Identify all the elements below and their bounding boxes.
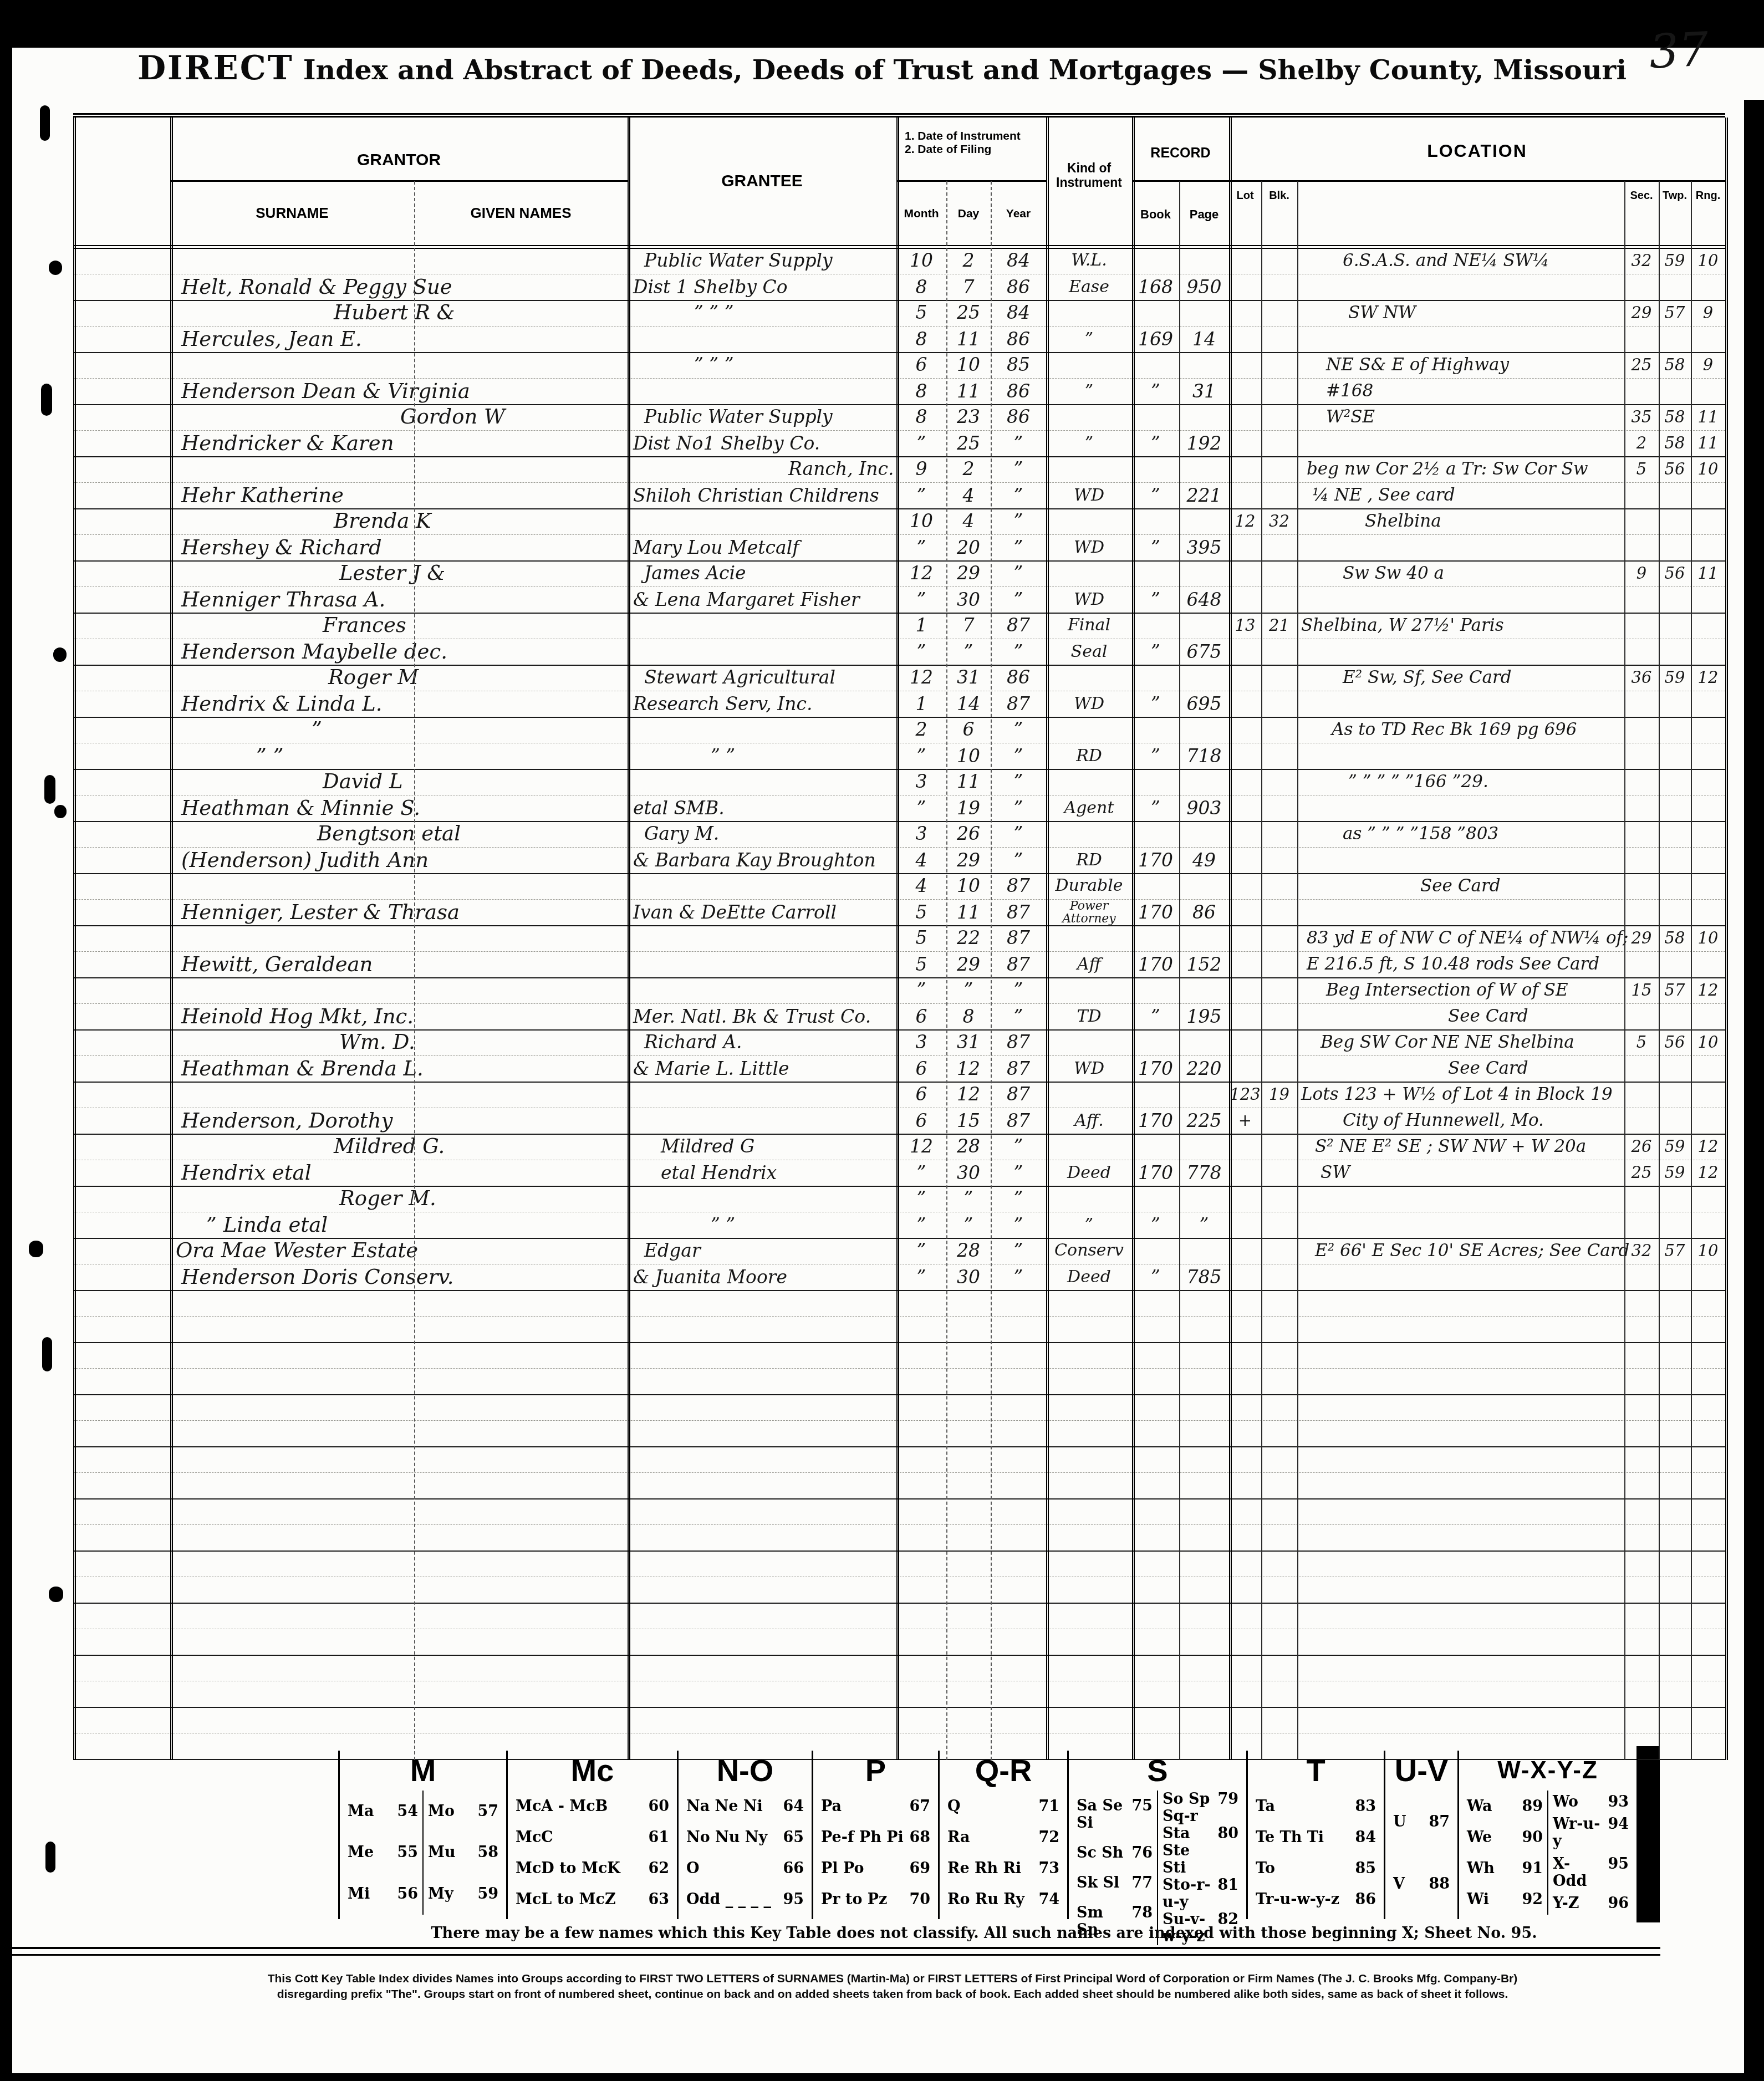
ledger-empty-row bbox=[73, 1395, 1725, 1447]
date-instrument-year: ” bbox=[991, 1186, 1046, 1211]
date-filing-month: ” bbox=[896, 795, 946, 820]
record-book: 169 bbox=[1132, 326, 1179, 351]
date-filing-month: ” bbox=[896, 743, 946, 768]
page-title: DIRECT Index and Abstract of Deeds, Deed… bbox=[0, 49, 1764, 87]
header-page: Page bbox=[1179, 207, 1229, 221]
date-instrument-year: ” bbox=[991, 560, 1046, 586]
row-midline bbox=[73, 1577, 1725, 1577]
location-sec: 5 bbox=[1624, 1029, 1659, 1055]
key-item-number: 74 bbox=[1038, 1891, 1059, 1908]
kind-of-instrument-line2: TD bbox=[1046, 1003, 1132, 1029]
date-filing-month: ” bbox=[896, 482, 946, 508]
location-rng: 11 bbox=[1691, 560, 1725, 586]
key-item-letters: Wr-u-y bbox=[1553, 1815, 1602, 1850]
date-instrument-year: ” bbox=[991, 508, 1046, 534]
row-midline bbox=[73, 1524, 1725, 1525]
date-filing-day: 30 bbox=[946, 586, 991, 612]
location-rng: 9 bbox=[1691, 352, 1725, 378]
date-filing-day: 11 bbox=[946, 378, 991, 404]
key-item-letters: Na Ne Ni bbox=[686, 1798, 763, 1815]
key-item: V88 bbox=[1393, 1875, 1450, 1893]
date-filing-day: 14 bbox=[946, 691, 991, 716]
key-column: Mo57Mu58My59 bbox=[422, 1791, 503, 1915]
date-filing-year: 87 bbox=[991, 899, 1046, 925]
record-page: 903 bbox=[1179, 795, 1229, 820]
key-item-number: 79 bbox=[1217, 1791, 1238, 1825]
date-filing-day: 7 bbox=[946, 274, 991, 299]
date-filing-month: ” bbox=[896, 534, 946, 560]
date-instrument-day: 25 bbox=[946, 300, 991, 325]
kind-of-instrument-line2: WD bbox=[1046, 1055, 1132, 1081]
key-item-number: 67 bbox=[909, 1798, 930, 1815]
key-item-letters: U bbox=[1393, 1813, 1406, 1830]
key-item: My59 bbox=[428, 1885, 498, 1903]
date-instrument-month: ” bbox=[896, 977, 946, 1003]
key-item: O66 bbox=[686, 1860, 804, 1877]
key-item-letters: Sto-r-u-y bbox=[1163, 1876, 1212, 1911]
location-sec: 29 bbox=[1624, 300, 1659, 325]
key-item: We90 bbox=[1467, 1829, 1543, 1846]
key-item: Y-Z96 bbox=[1553, 1895, 1629, 1912]
key-item-letters: McC bbox=[516, 1829, 553, 1846]
row-midline bbox=[73, 1316, 1725, 1317]
key-item: McL to McZ63 bbox=[516, 1891, 669, 1908]
key-item-letters: Pa bbox=[821, 1798, 842, 1815]
location-line1: ” ” ” ” ”166 ”29. bbox=[1348, 769, 1488, 794]
key-group-columns: Na Ne Ni64No Nu Ny65O66Odd _ _ _ _95 bbox=[679, 1791, 812, 1919]
kind-of-instrument-line2: ” bbox=[1046, 1212, 1132, 1237]
key-item-letters: Sta Ste Sti bbox=[1163, 1825, 1212, 1876]
date-instrument-month: 3 bbox=[896, 1029, 946, 1055]
ledger-entry: Henniger, Lester & ThrasaIvan & DeEtte C… bbox=[73, 874, 1725, 926]
header-month: Month bbox=[896, 207, 946, 221]
footer-line2: disregarding prefix "The". Groups start … bbox=[183, 1987, 1602, 2002]
date-instrument-day: 31 bbox=[946, 1029, 991, 1055]
key-group-label: M bbox=[340, 1751, 506, 1791]
record-book: 170 bbox=[1132, 1160, 1179, 1185]
header-day: Day bbox=[946, 207, 991, 221]
key-item: Sc Sh76 bbox=[1077, 1844, 1153, 1861]
location-line1: as ” ” ” ”158 ”803 bbox=[1343, 821, 1498, 846]
location-rng: 11 bbox=[1691, 404, 1725, 430]
key-item: Wa89 bbox=[1467, 1798, 1543, 1815]
key-item: McD to McK62 bbox=[516, 1860, 669, 1877]
binder-hole-mark bbox=[44, 775, 55, 804]
grantee-upper: Richard A. bbox=[644, 1029, 742, 1055]
ledger-empty-row bbox=[73, 1343, 1725, 1395]
date-instrument-day: 22 bbox=[946, 925, 991, 951]
grantor-given-upper: Wm. D. bbox=[339, 1029, 415, 1055]
binder-hole-mark bbox=[45, 1842, 55, 1873]
location-line2: SW bbox=[1321, 1160, 1350, 1185]
location-sec: 36 bbox=[1624, 665, 1659, 690]
key-item: Ta83 bbox=[1256, 1798, 1376, 1815]
date-instrument-year: 86 bbox=[991, 665, 1046, 690]
date-instrument-year: 87 bbox=[991, 1082, 1046, 1107]
key-column: McA - McB60McC61McD to McK62McL to McZ63 bbox=[511, 1791, 674, 1915]
header-grantee: GRANTEE bbox=[628, 172, 896, 191]
key-item: Mi56 bbox=[348, 1885, 418, 1903]
grantor-given-upper: Brenda K bbox=[334, 508, 431, 534]
date-filing-year: 86 bbox=[991, 378, 1046, 404]
key-item-number: 86 bbox=[1355, 1891, 1376, 1908]
key-item-number: 80 bbox=[1217, 1825, 1238, 1876]
key-item-letters: Me bbox=[348, 1844, 374, 1861]
ledger-column-line bbox=[1725, 118, 1728, 1760]
date-instrument-day: 10 bbox=[946, 352, 991, 378]
location-rng-lower: 12 bbox=[1691, 1160, 1725, 1185]
grantor-surname-line: Henderson Maybelle dec. bbox=[181, 639, 447, 664]
date-filing-day: 10 bbox=[946, 743, 991, 768]
location-line1: 83 yd E of NW C of NE¼ of NW¼ of; bbox=[1307, 925, 1629, 951]
record-book: ” bbox=[1132, 534, 1179, 560]
record-book: 168 bbox=[1132, 274, 1179, 299]
date-filing-month: 8 bbox=[896, 378, 946, 404]
location-rng: 12 bbox=[1691, 977, 1725, 1003]
date-instrument-month: 5 bbox=[896, 925, 946, 951]
header-location: LOCATION bbox=[1229, 141, 1725, 161]
key-item: McC61 bbox=[516, 1829, 669, 1846]
grantor-given-upper: Bengtson etal bbox=[317, 821, 461, 846]
key-item-letters: Pl Po bbox=[821, 1860, 864, 1877]
key-item-letters: Sa Se Si bbox=[1077, 1797, 1126, 1832]
date-filing-year: ” bbox=[991, 847, 1046, 873]
key-item-number: 76 bbox=[1131, 1844, 1153, 1861]
key-item-letters: McL to McZ bbox=[516, 1891, 616, 1908]
date-filing-year: ” bbox=[991, 534, 1046, 560]
grantee-line: Mer. Natl. Bk & Trust Co. bbox=[633, 1003, 871, 1029]
location-sec: 15 bbox=[1624, 977, 1659, 1003]
binder-hole-mark bbox=[40, 105, 50, 141]
grantor-surname-line: Hendrix etal bbox=[181, 1160, 311, 1185]
date-filing-year: ” bbox=[991, 795, 1046, 820]
header-rng: Rng. bbox=[1691, 190, 1725, 202]
footer-note: This Cott Key Table Index divides Names … bbox=[183, 1971, 1602, 2002]
key-item-number: 96 bbox=[1608, 1895, 1629, 1912]
record-book: ” bbox=[1132, 586, 1179, 612]
date-filing-day: 29 bbox=[946, 847, 991, 873]
scan-edge-right bbox=[1744, 100, 1764, 2081]
key-item-number: 94 bbox=[1608, 1815, 1629, 1850]
date-filing-year: 86 bbox=[991, 274, 1046, 299]
key-item-number: 60 bbox=[648, 1798, 669, 1815]
header-given-names: GIVEN NAMES bbox=[414, 205, 628, 222]
date-instrument-month: 6 bbox=[896, 352, 946, 378]
location-rng: 10 bbox=[1691, 1029, 1725, 1055]
key-item-letters: V bbox=[1393, 1875, 1405, 1893]
key-item-number: 93 bbox=[1608, 1793, 1629, 1810]
kind-of-instrument-line2: Power Attorney bbox=[1046, 899, 1132, 925]
row-midline bbox=[73, 1733, 1725, 1733]
date-instrument-month: 5 bbox=[896, 300, 946, 325]
grantor-given-upper: Hubert R & bbox=[334, 300, 455, 325]
kind-of-instrument-line2: Aff. bbox=[1046, 1108, 1132, 1133]
page-number: 37 bbox=[1648, 22, 1710, 79]
grantor-given-upper: David L bbox=[323, 769, 402, 794]
record-page: 221 bbox=[1179, 482, 1229, 508]
ledger-entry: Bengtson etal(Henderson) Judith AnnGary … bbox=[73, 822, 1725, 874]
grantee-line: etal SMB. bbox=[633, 795, 725, 820]
key-item-number: 70 bbox=[909, 1891, 930, 1908]
title-rest: Index and Abstract of Deeds, Deeds of Tr… bbox=[294, 54, 1627, 86]
kind-of-instrument-line1: Final bbox=[1046, 613, 1132, 638]
location-twp: 59 bbox=[1659, 1134, 1691, 1159]
location-twp: 57 bbox=[1659, 300, 1691, 325]
date-instrument-month: 12 bbox=[896, 1134, 946, 1159]
grantor-given-upper: Gordon W bbox=[400, 404, 505, 430]
key-item-letters: Te Th Ti bbox=[1256, 1829, 1324, 1846]
key-item-number: 56 bbox=[397, 1885, 418, 1903]
location-rng: 10 bbox=[1691, 456, 1725, 482]
date-instrument-year: 87 bbox=[991, 1029, 1046, 1055]
record-book: ” bbox=[1132, 1212, 1179, 1237]
record-page: 950 bbox=[1179, 274, 1229, 299]
title-direct: DIRECT bbox=[137, 49, 294, 87]
key-item-letters: Ra bbox=[947, 1829, 970, 1846]
key-column: Wo93Wr-u-y94X-Odd95Y-Z96 bbox=[1547, 1791, 1633, 1915]
record-page: 152 bbox=[1179, 951, 1229, 977]
date-filing-month: 5 bbox=[896, 899, 946, 925]
key-item-letters: McA - McB bbox=[516, 1798, 608, 1815]
ledger-empty-row bbox=[73, 1604, 1725, 1656]
key-item: Wh91 bbox=[1467, 1860, 1543, 1877]
key-item: Sto-r-u-y81 bbox=[1163, 1876, 1238, 1911]
kind-of-instrument-line2: ” bbox=[1046, 378, 1132, 404]
key-item-number: 95 bbox=[1608, 1855, 1629, 1890]
grantee-line: Shiloh Christian Childrens bbox=[633, 482, 879, 508]
ledger-header: GRANTOR SURNAME GIVEN NAMES GRANTEE 1. D… bbox=[73, 118, 1725, 249]
kind-of-instrument-line2: ” bbox=[1046, 326, 1132, 351]
key-item-number: 65 bbox=[783, 1829, 804, 1846]
key-item: Odd _ _ _ _95 bbox=[686, 1891, 804, 1908]
date-filing-month: ” bbox=[896, 430, 946, 456]
grantee-line: ” ” bbox=[711, 743, 735, 768]
date-instrument-month: 8 bbox=[896, 404, 946, 430]
row-midline bbox=[73, 1368, 1725, 1369]
kind-of-instrument-line2: WD bbox=[1046, 691, 1132, 716]
key-item-letters: McD to McK bbox=[516, 1860, 620, 1877]
key-item-number: 61 bbox=[648, 1829, 669, 1846]
record-page: 395 bbox=[1179, 534, 1229, 560]
date-instrument-day: 10 bbox=[946, 873, 991, 899]
date-instrument-month: 4 bbox=[896, 873, 946, 899]
grantor-surname-line: Hewitt, Geraldean bbox=[181, 951, 373, 977]
date-filing-year: 87 bbox=[991, 1055, 1046, 1081]
key-column: So Sp Sq-r79Sta Ste Sti80Sto-r-u-y81Su-v… bbox=[1157, 1791, 1243, 1945]
key-item: Q71 bbox=[947, 1798, 1059, 1815]
scanned-ledger-page: DIRECT Index and Abstract of Deeds, Deed… bbox=[0, 0, 1764, 2081]
location-line2: #168 bbox=[1326, 378, 1373, 404]
key-item-number: 58 bbox=[477, 1844, 498, 1861]
grantor-surname-line: Hendricker & Karen bbox=[181, 430, 394, 456]
key-item: Mu58 bbox=[428, 1844, 498, 1861]
location-rng: 12 bbox=[1691, 1134, 1725, 1159]
grantor-surname-line: Heathman & Minnie S. bbox=[181, 795, 420, 820]
key-item-letters: My bbox=[428, 1885, 453, 1903]
key-column: Ma54Me55Mi56 bbox=[343, 1791, 422, 1915]
key-group-T: TTa83Te Th Ti84To85Tr-u-w-y-z86 bbox=[1248, 1751, 1385, 1919]
record-book: 170 bbox=[1132, 1108, 1179, 1133]
record-page: 785 bbox=[1179, 1264, 1229, 1289]
location-blk: 19 bbox=[1261, 1082, 1297, 1107]
grantee-line: & Marie L. Little bbox=[633, 1055, 789, 1081]
ledger-entry: Roger MHendrix & Linda L.Stewart Agricul… bbox=[73, 666, 1725, 718]
grantee-upper: Stewart Agricultural bbox=[644, 665, 835, 690]
location-twp: 56 bbox=[1659, 1029, 1691, 1055]
date-instrument-day: ” bbox=[946, 977, 991, 1003]
binder-hole-mark bbox=[49, 261, 62, 275]
ledger-entry: Helt, Ronald & Peggy SuePublic Water Sup… bbox=[73, 249, 1725, 301]
location-line1: Beg Intersection of W of SE bbox=[1326, 977, 1568, 1003]
location-line1: 6.S.A.S. and NE¼ SW¼ bbox=[1343, 248, 1549, 273]
location-line1: NE S& E of Highway bbox=[1326, 352, 1509, 378]
key-item: Tr-u-w-y-z86 bbox=[1256, 1891, 1376, 1908]
location-twp-lower: 59 bbox=[1659, 1160, 1691, 1185]
ledger-empty-row bbox=[73, 1447, 1725, 1499]
record-page: 225 bbox=[1179, 1108, 1229, 1133]
record-page: 220 bbox=[1179, 1055, 1229, 1081]
key-group-label: S bbox=[1069, 1751, 1246, 1791]
key-item-number: 54 bbox=[397, 1803, 418, 1820]
date-filing-month: ” bbox=[896, 639, 946, 664]
key-item-letters: Pe-f Ph Pi bbox=[821, 1829, 904, 1846]
scan-edge-top bbox=[0, 0, 1764, 48]
ledger-entry: Henderson Dean & Virginia” ” ”6108581186… bbox=[73, 353, 1725, 405]
location-line2: City of Hunnewell, Mo. bbox=[1343, 1108, 1544, 1133]
key-item-number: 55 bbox=[397, 1844, 418, 1861]
grantor-surname-line: Henderson Doris Conserv. bbox=[181, 1264, 454, 1289]
record-page: 648 bbox=[1179, 586, 1229, 612]
date-instrument-day: 28 bbox=[946, 1134, 991, 1159]
key-item-number: 68 bbox=[909, 1829, 930, 1846]
scan-blotch-keytable bbox=[1636, 1746, 1660, 1922]
location-line1: As to TD Rec Bk 169 pg 696 bbox=[1332, 717, 1577, 742]
date-filing-year: ” bbox=[991, 639, 1046, 664]
date-filing-month: 6 bbox=[896, 1108, 946, 1133]
key-item-number: 92 bbox=[1522, 1891, 1543, 1908]
grantee-upper: Ranch, Inc. bbox=[788, 456, 894, 482]
date-instrument-day: 29 bbox=[946, 560, 991, 586]
ledger-entry: Gordon WHendricker & KarenPublic Water S… bbox=[73, 405, 1725, 457]
date-instrument-year: ” bbox=[991, 821, 1046, 846]
key-group-P: PPa67Pe-f Ph Pi68Pl Po69Pr to Pz70 bbox=[813, 1751, 940, 1919]
date-filing-year: ” bbox=[991, 1160, 1046, 1185]
date-instrument-year: ” bbox=[991, 717, 1046, 742]
grantee-line: Ivan & DeEtte Carroll bbox=[633, 899, 837, 925]
date-instrument-day: 6 bbox=[946, 717, 991, 742]
date-filing-month: ” bbox=[896, 1212, 946, 1237]
record-book: ” bbox=[1132, 1264, 1179, 1289]
date-instrument-month: 2 bbox=[896, 717, 946, 742]
ledger-entry: FrancesHenderson Maybelle dec.1787”””Fin… bbox=[73, 614, 1725, 666]
ledger-entry: David LHeathman & Minnie S.etal SMB.311”… bbox=[73, 770, 1725, 822]
key-item-letters: Ma bbox=[348, 1803, 374, 1820]
date-filing-year: ” bbox=[991, 1212, 1046, 1237]
date-filing-month: ” bbox=[896, 1160, 946, 1185]
key-item-letters: Ta bbox=[1256, 1798, 1275, 1815]
date-instrument-month: 1 bbox=[896, 613, 946, 638]
date-instrument-month: ” bbox=[896, 1186, 946, 1211]
key-group-Q-R: Q-RQ71Ra72Re Rh Ri73Ro Ru Ry74 bbox=[940, 1751, 1069, 1919]
grantor-surname-line: ” Linda etal bbox=[206, 1212, 328, 1237]
key-item: Pl Po69 bbox=[821, 1860, 930, 1877]
kind-of-instrument-line2: ” bbox=[1046, 430, 1132, 456]
key-item: Sk Sl77 bbox=[1077, 1874, 1153, 1891]
date-filing-day: 4 bbox=[946, 482, 991, 508]
record-page: 49 bbox=[1179, 847, 1229, 873]
date-filing-day: 12 bbox=[946, 1055, 991, 1081]
location-rng: 9 bbox=[1691, 300, 1725, 325]
ledger-body: Helt, Ronald & Peggy SuePublic Water Sup… bbox=[73, 249, 1725, 1760]
ledger-entry: Roger M.” Linda etal” ”””””””””” bbox=[73, 1187, 1725, 1239]
key-item-number: 71 bbox=[1038, 1798, 1059, 1815]
record-page: 31 bbox=[1179, 378, 1229, 404]
location-line1: SW NW bbox=[1348, 300, 1416, 325]
ledger-empty-row bbox=[73, 1291, 1725, 1343]
key-item: Ro Ru Ry74 bbox=[947, 1891, 1059, 1908]
record-book: ” bbox=[1132, 691, 1179, 716]
key-item-letters: Ro Ru Ry bbox=[947, 1891, 1024, 1908]
kind-of-instrument-line2: WD bbox=[1046, 586, 1132, 612]
header-rule bbox=[896, 180, 1046, 182]
date-instrument-day: 11 bbox=[946, 769, 991, 794]
record-book: 170 bbox=[1132, 1055, 1179, 1081]
date-filing-day: 20 bbox=[946, 534, 991, 560]
location-rng-lower: 11 bbox=[1691, 430, 1725, 456]
key-group-columns: Wa89We90Wh91Wi92Wo93Wr-u-y94X-Odd95Y-Z96 bbox=[1459, 1791, 1636, 1919]
key-item-letters: X-Odd bbox=[1553, 1855, 1602, 1890]
location-line1: Shelbina bbox=[1365, 508, 1441, 534]
record-page: 718 bbox=[1179, 743, 1229, 768]
date-filing-month: 8 bbox=[896, 326, 946, 351]
location-sec: 9 bbox=[1624, 560, 1659, 586]
key-group-columns: U87V88 bbox=[1385, 1791, 1457, 1919]
location-blk: 32 bbox=[1261, 508, 1297, 534]
grantor-given-upper: Ora Mae Wester Estate bbox=[176, 1238, 418, 1263]
location-line1: Beg SW Cor NE NE Shelbina bbox=[1321, 1029, 1574, 1055]
key-group-columns: Ta83Te Th Ti84To85Tr-u-w-y-z86 bbox=[1248, 1791, 1384, 1919]
key-item-letters: Mo bbox=[428, 1803, 455, 1820]
date-filing-day: 8 bbox=[946, 1003, 991, 1029]
date-instrument-month: 3 bbox=[896, 821, 946, 846]
date-instrument-month: ” bbox=[896, 1238, 946, 1263]
location-lot-lower: + bbox=[1229, 1108, 1261, 1133]
key-group-N-O: N-ONa Ne Ni64No Nu Ny65O66Odd _ _ _ _95 bbox=[679, 1751, 813, 1919]
key-item-number: 95 bbox=[783, 1891, 804, 1908]
key-group-label: Mc bbox=[508, 1751, 677, 1791]
location-sec: 32 bbox=[1624, 1238, 1659, 1263]
key-item-letters: Sc Sh bbox=[1077, 1844, 1123, 1861]
kind-of-instrument-line1: W.L. bbox=[1046, 248, 1132, 273]
grantee-line: ” ” bbox=[711, 1212, 735, 1237]
key-item: Pa67 bbox=[821, 1798, 930, 1815]
date-filing-year: ” bbox=[991, 482, 1046, 508]
location-twp: 58 bbox=[1659, 352, 1691, 378]
location-line2: ¼ NE , See card bbox=[1312, 482, 1455, 508]
key-item: Na Ne Ni64 bbox=[686, 1798, 804, 1815]
key-item: X-Odd95 bbox=[1553, 1855, 1629, 1890]
date-instrument-month: 10 bbox=[896, 508, 946, 534]
grantee-upper: ” ” ” bbox=[694, 300, 734, 325]
record-book: 170 bbox=[1132, 899, 1179, 925]
date-instrument-year: 84 bbox=[991, 300, 1046, 325]
date-instrument-day: 7 bbox=[946, 613, 991, 638]
row-midline bbox=[73, 1629, 1725, 1629]
location-twp: 56 bbox=[1659, 560, 1691, 586]
key-item: Wi92 bbox=[1467, 1891, 1543, 1908]
key-item-letters: Wo bbox=[1553, 1793, 1578, 1810]
header-lot: Lot bbox=[1229, 190, 1261, 202]
